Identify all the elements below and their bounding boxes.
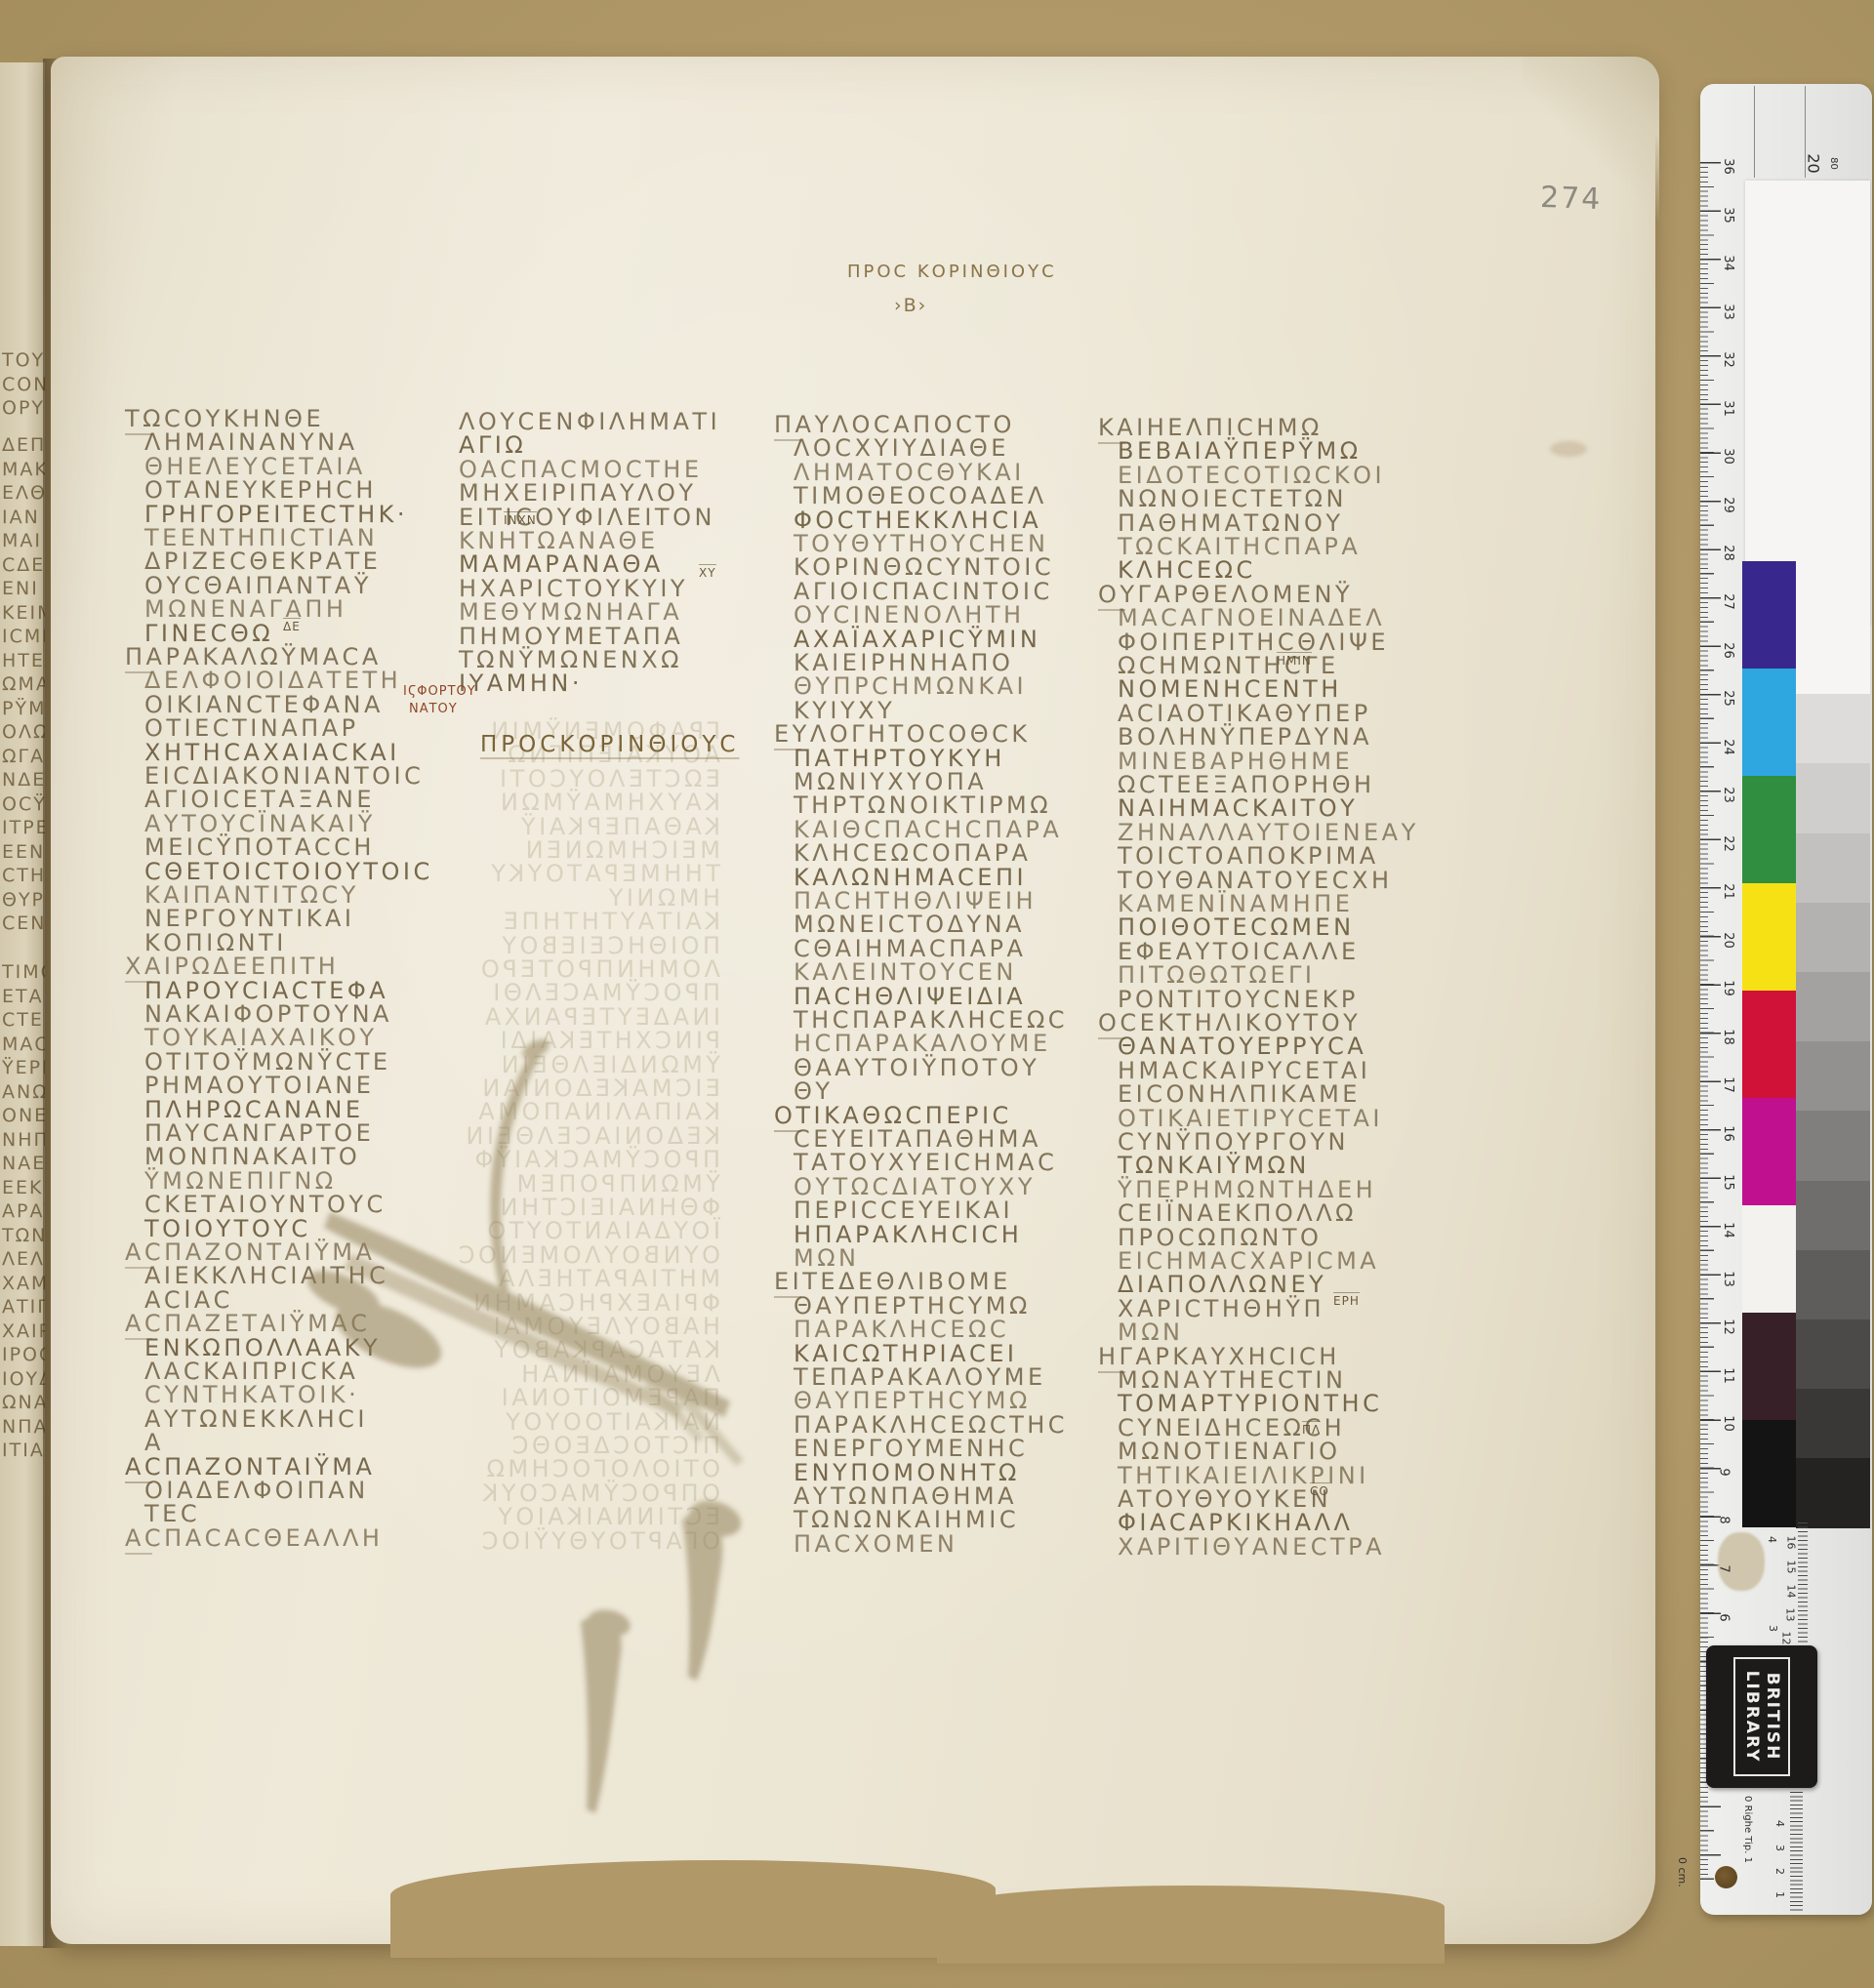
- manuscript-line: ΙΥΑΜΗΝ·: [459, 669, 583, 697]
- ruler-cm-number: 21: [1721, 883, 1735, 900]
- ruler-cm-number: 28: [1721, 546, 1735, 562]
- gray-step: [1796, 1458, 1870, 1527]
- library-label-text: BRITISH: [1762, 1671, 1782, 1764]
- leaf-bottom-edge: [937, 1886, 1445, 1964]
- interlinear-correction: ΔΕ: [283, 618, 301, 633]
- ruler-secondary-number: 3: [1767, 1625, 1779, 1632]
- facing-page-fragment: ΩΝΑ: [2, 1392, 45, 1413]
- ruler-cm-number: 22: [1721, 835, 1735, 852]
- facing-page-fragment: ΜΑϹΕ: [2, 1034, 45, 1055]
- facing-page-fragment: ΤΟΥΚ: [2, 349, 45, 371]
- manuscript-line: ΑΥΤΩΝΕΚΚΛΗϹΙ: [144, 1405, 368, 1433]
- photographed-manuscript-page: ΤΟΥΚϹΟΝΟΡΥΔΕΠΜΑΚΙΕΛΘΩΙΑΝΜΑΙϹΔΕΤΕΝΙΚΕΙΜΙϹ…: [0, 0, 1874, 1988]
- ruler-cm-number: 10: [1721, 1416, 1735, 1433]
- ruler-cm-number: 14: [1721, 1222, 1735, 1238]
- ruler-cm-number: 30: [1721, 449, 1735, 466]
- subscription-title: ΠΡΟϹΚΟΡΙΝΘΙΟΥϹ: [480, 732, 739, 757]
- facing-page-fragment: ΩΓΑΡ: [2, 746, 45, 767]
- margin-smudge: [1550, 441, 1587, 457]
- facing-page-fragment: ϹΔΕΤ: [2, 554, 45, 576]
- ruler-punch-hole: [1715, 1866, 1737, 1888]
- facing-page-edge: ΤΟΥΚϹΟΝΟΡΥΔΕΠΜΑΚΙΕΛΘΩΙΑΝΜΑΙϹΔΕΤΕΝΙΚΕΙΜΙϹ…: [0, 62, 45, 1946]
- facing-page-fragment: ΙΡΟϹΫ: [2, 1344, 45, 1365]
- facing-page-fragment: ΧΑΜ: [2, 1273, 45, 1294]
- interlinear-correction: ΗΜΙΝ: [1277, 652, 1312, 668]
- color-patch: [1742, 1098, 1796, 1205]
- facing-page-fragment: ΝΑΕ: [2, 1153, 45, 1174]
- interlinear-correction: ΧΥ: [699, 564, 716, 580]
- color-patch: [1742, 669, 1796, 776]
- facing-page-fragment: ΟΛΩΦΗ: [2, 721, 45, 743]
- ruler-cm-number: 6: [1717, 1613, 1731, 1621]
- gray-step: [1796, 972, 1870, 1041]
- facing-page-fragment: ΙΟΥΔ: [2, 1368, 45, 1390]
- facing-page-fragment: ϹΤΕΝ: [2, 1009, 45, 1031]
- color-patch: [1742, 561, 1796, 669]
- ruler-cm-number: 9: [1717, 1468, 1731, 1476]
- interlinear-correction: ΙΝΧΝ: [504, 511, 537, 527]
- interlinear-correction: ϹΟ: [1310, 1482, 1329, 1498]
- facing-page-fragment: ΕΝΙ: [2, 578, 45, 599]
- manuscript-line: ΧΑΡΙΤΙΘΥΑΝΕϹΤΡΑ: [1118, 1533, 1385, 1561]
- facing-page-fragment: ΟΡΥ: [2, 397, 45, 419]
- ruler-cm-number: 34: [1721, 255, 1735, 271]
- ruler-cm-number: 7: [1717, 1564, 1731, 1572]
- ruler-cm-number: 13: [1721, 1271, 1735, 1287]
- facing-page-fragment: ΝΔΕΠ: [2, 769, 45, 791]
- leaf-bottom-edge: [390, 1860, 996, 1958]
- folio-number-pencil: 274: [1539, 181, 1602, 217]
- gray-step: [1796, 625, 1870, 694]
- interlinear-correction: ΠΛ: [1302, 1421, 1321, 1437]
- bleedthrough-line: ΟΓΑΡΤΟΥΘΥΫΙΟϹ: [457, 1527, 720, 1555]
- facing-page-fragment: ΛΕΛ: [2, 1248, 45, 1270]
- interlinear-correction: ΕΡΗ: [1333, 1292, 1360, 1308]
- ruler-secondary-number: 3: [1773, 1845, 1786, 1851]
- facing-page-fragment: ϹΟΝ: [2, 374, 45, 395]
- facing-page-fragment: ΑΤΙΠ: [2, 1296, 45, 1318]
- facing-page-fragment: ΕΤΑΙ: [2, 986, 45, 1007]
- facing-page-fragment: ΙΤΙΑΝ: [2, 1440, 45, 1461]
- facing-page-fragment: ΝΠΑΝ: [2, 1416, 45, 1438]
- facing-page-fragment: ΕΛΘΩ: [2, 482, 45, 504]
- grayscale-card: [1745, 181, 1870, 626]
- facing-page-fragment: ΤΙΜΟ: [2, 961, 45, 983]
- facing-page-fragment: ΧΑΙΡΕ: [2, 1320, 45, 1342]
- gray-step: [1796, 1319, 1870, 1389]
- ruler-secondary-number: 4: [1766, 1536, 1778, 1543]
- running-title: ΠΡΟϹ ΚΟΡΙΝΘΙΟΥϹ: [847, 262, 1057, 282]
- gray-step: [1796, 694, 1870, 763]
- ruler-secondary-number: 14: [1785, 1585, 1798, 1599]
- facing-page-fragment: ΕΕΝ: [2, 841, 45, 863]
- ruler-secondary-number: 12: [1780, 1632, 1793, 1645]
- ruler-secondary-number: 2: [1773, 1868, 1786, 1875]
- ruler-cm-number: 31: [1721, 400, 1735, 417]
- ruler-cm-number: 33: [1721, 304, 1735, 320]
- ruler-cm-number: 36: [1721, 158, 1735, 175]
- facing-page-fragment: ΜΑΙ: [2, 530, 45, 551]
- gray-step: [1796, 763, 1870, 832]
- ruler-cm-number: 8: [1717, 1517, 1731, 1524]
- facing-page-fragment: ΡΫΜΑ: [2, 698, 45, 719]
- facing-page-fragment: ΙΤΡΕΗ: [2, 817, 45, 838]
- manuscript-line: ΠΑϹΧΟΜΕΝ: [794, 1530, 957, 1558]
- facing-page-fragment: ΩΜΑ: [2, 673, 45, 695]
- manuscript-line: ΑϹΠΑϹΑϹΘΕΑΛΛΗ: [125, 1524, 383, 1552]
- facing-page-fragment: ΕΕΚ: [2, 1177, 45, 1198]
- bottom-scale-ticks: [1790, 1792, 1803, 1911]
- ruler-scale-number: 80: [1828, 157, 1839, 170]
- book-numeral: ›Β›: [894, 295, 927, 316]
- facing-page-fragment: ΜΑΚΙ: [2, 459, 45, 480]
- ruler-cm-number: 27: [1721, 593, 1735, 610]
- facing-page-fragment: ΙϹΜΕ: [2, 626, 45, 647]
- gray-step: [1796, 833, 1870, 903]
- color-patch: [1742, 991, 1796, 1098]
- ruler-cm-number: 25: [1721, 690, 1735, 707]
- ruler-cm-number: 29: [1721, 497, 1735, 513]
- facing-page-fragment: ΑΡΑΤ: [2, 1200, 45, 1222]
- ruler-cm-number: 18: [1721, 1029, 1735, 1045]
- gray-step: [1796, 1111, 1870, 1180]
- library-label-text: LIBRARY: [1741, 1671, 1762, 1764]
- ruler-cm-number: 16: [1721, 1125, 1735, 1142]
- color-patch: [1742, 1420, 1796, 1527]
- facing-page-fragment: ΟϹΫΜΑ: [2, 793, 45, 815]
- ruler-secondary-number: 15: [1785, 1561, 1798, 1574]
- facing-page-fragment: ΟΝΕ: [2, 1105, 45, 1126]
- color-patch: [1742, 1205, 1796, 1313]
- facing-page-fragment: ΚΕΙΜ: [2, 602, 45, 624]
- facing-page-fragment: ΝΗΠ: [2, 1129, 45, 1151]
- bottom-scale-label: 0 Righe Tip. 1: [1742, 1796, 1753, 1863]
- facing-page-fragment: ΑΝΩ: [2, 1081, 45, 1103]
- gray-step: [1796, 1181, 1870, 1250]
- color-patch: [1742, 883, 1796, 991]
- ruler-cm-number: 19: [1721, 981, 1735, 997]
- ruler-cm-number: 24: [1721, 739, 1735, 755]
- ruler-secondary-number: 1: [1773, 1891, 1786, 1898]
- ruler-secondary-number: 16: [1785, 1536, 1798, 1550]
- ruler-cm-number: 17: [1721, 1077, 1735, 1094]
- facing-page-fragment: ΫΕΡΗ: [2, 1057, 45, 1078]
- ruler-cm-number: 20: [1721, 932, 1735, 949]
- ruler-secondary-number: 13: [1784, 1608, 1797, 1622]
- gray-step: [1796, 1389, 1870, 1458]
- ruler-cm-number: 12: [1721, 1319, 1735, 1335]
- gray-step: [1796, 1041, 1870, 1111]
- ruler-scale-number: 20: [1805, 153, 1823, 173]
- ruler-secondary-number: 4: [1773, 1820, 1786, 1827]
- facing-page-fragment: ϹΤΗΤΕ: [2, 865, 45, 886]
- ruler-cm-number: 11: [1721, 1367, 1735, 1384]
- ruler-cm-number: 23: [1721, 787, 1735, 803]
- facing-page-fragment: ΔΕΠ: [2, 434, 45, 456]
- ruler-cm-ticks: [1700, 162, 1721, 1880]
- ruler-cm-number: 26: [1721, 642, 1735, 659]
- red-marginal-note: ΝΑΤΟΥ: [409, 702, 458, 716]
- red-marginal-note: ΙϚΦΟΡΤΟΥ: [403, 684, 476, 699]
- color-patch: [1742, 1313, 1796, 1420]
- facing-page-fragment: ΗΤΕΟΥ: [2, 650, 45, 671]
- ruler-cm-number: 32: [1721, 351, 1735, 368]
- ruler-unit-label: 0 cm.: [1676, 1857, 1689, 1887]
- ruler-stain: [1718, 1532, 1765, 1591]
- ruler-cm-number: 15: [1721, 1174, 1735, 1191]
- gray-step: [1796, 1250, 1870, 1319]
- ruler-divider-line: [1754, 86, 1755, 178]
- facing-page-fragment: ϹΕΝΗ: [2, 913, 45, 934]
- facing-page-fragment: ΤΩΝ: [2, 1225, 45, 1246]
- gray-step: [1796, 903, 1870, 972]
- color-patch: [1742, 776, 1796, 883]
- facing-page-fragment: ΙΑΝ: [2, 507, 45, 528]
- british-library-label: BRITISH LIBRARY: [1706, 1645, 1817, 1788]
- facing-page-fragment: ΘΥΡΑΝΑ: [2, 889, 45, 911]
- ruler-cm-number: 35: [1721, 207, 1735, 223]
